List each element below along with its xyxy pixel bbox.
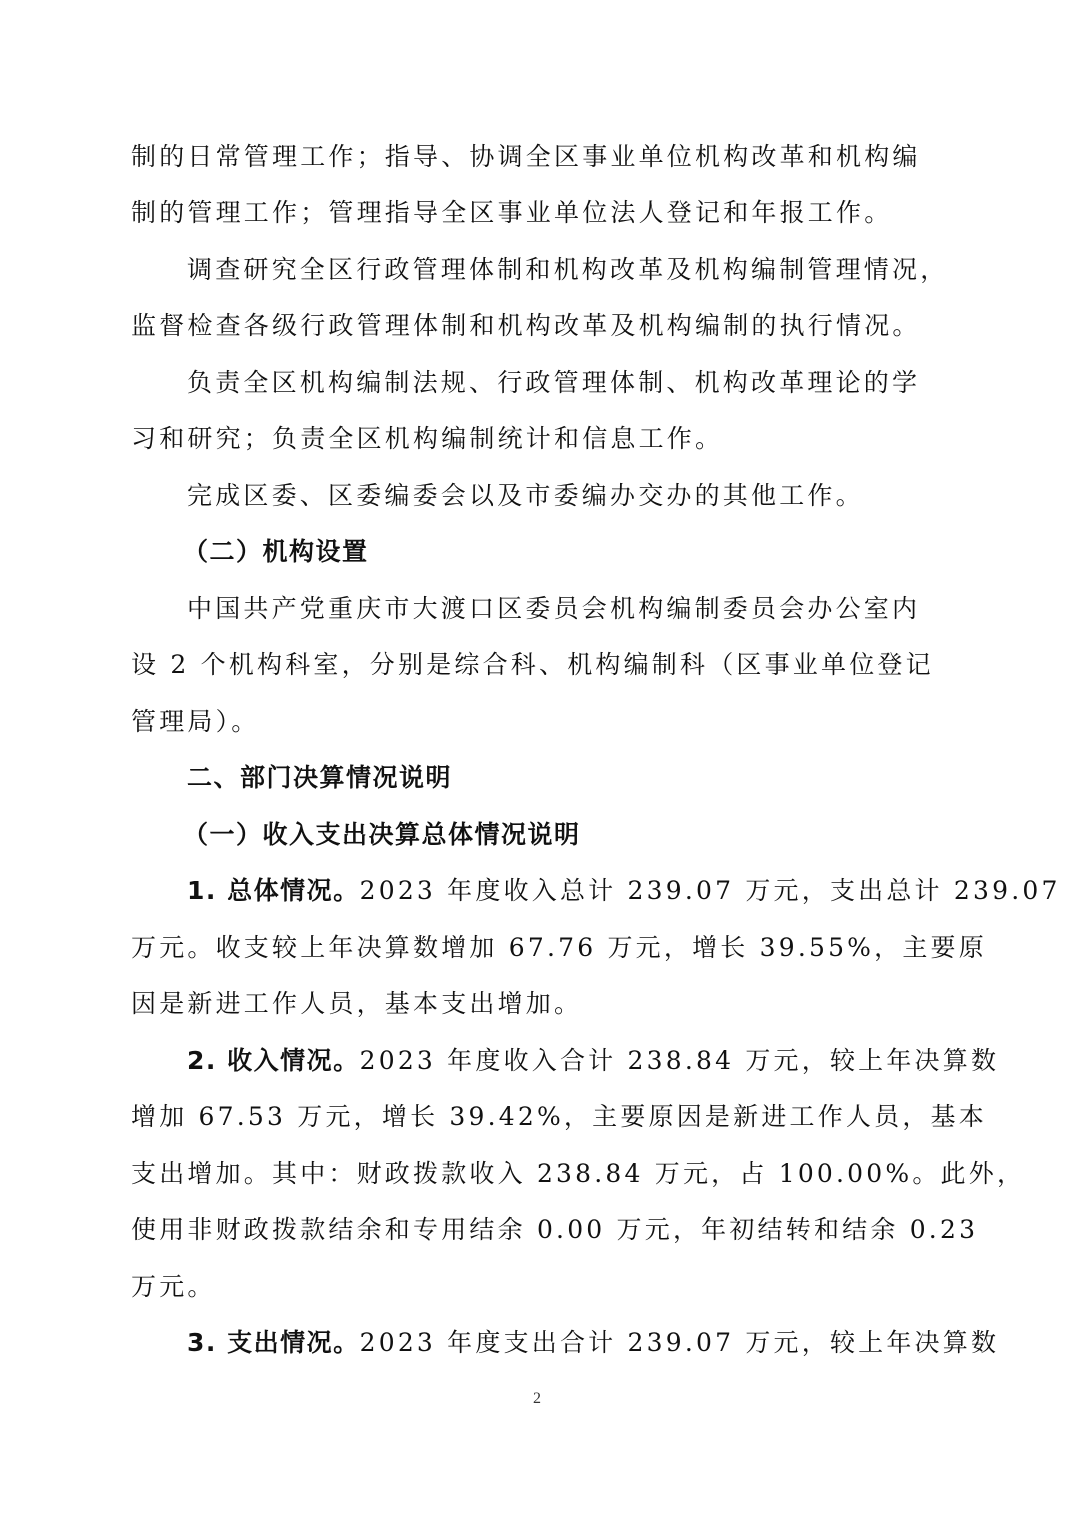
paragraph-line: 完成区委、区委编委会以及市委编办交办的其他工作。 [187, 480, 1002, 512]
paragraph-line: 万元。收支较上年决算数增加 67.76 万元，增长 39.55%，主要原 [131, 932, 946, 964]
paragraph-line: 支出增加。其中：财政拨款收入 238.84 万元，占 100.00%。此外， [131, 1158, 946, 1190]
paragraph-line: 制的管理工作；管理指导全区事业单位法人登记和年报工作。 [131, 197, 946, 229]
item-text: 2023 年度收入合计 238.84 万元，较上年决算数 [360, 1046, 1000, 1075]
item-lead: 2. 收入情况。 [187, 1046, 360, 1075]
document-page: 制的日常管理工作；指导、协调全区事业单位机构改革和机构编 制的管理工作；管理指导… [0, 0, 1074, 1520]
item-lead: 1. 总体情况。 [187, 876, 360, 905]
paragraph-line: 制的日常管理工作；指导、协调全区事业单位机构改革和机构编 [131, 141, 946, 173]
paragraph-line: 万元。 [131, 1271, 946, 1303]
section-heading: （一）收入支出决算总体情况说明 [183, 819, 998, 851]
item-lead: 3. 支出情况。 [187, 1328, 360, 1357]
paragraph-line: 调查研究全区行政管理体制和机构改革及机构编制管理情况， [187, 254, 1002, 286]
paragraph-line: 设 2 个机构科室，分别是综合科、机构编制科（区事业单位登记 [131, 649, 946, 681]
item-text: 2023 年度支出合计 239.07 万元，较上年决算数 [360, 1328, 1000, 1357]
paragraph-line: 监督检查各级行政管理体制和机构改革及机构编制的执行情况。 [131, 310, 946, 342]
paragraph-line: 因是新进工作人员，基本支出增加。 [131, 988, 946, 1020]
paragraph-line: 习和研究；负责全区机构编制统计和信息工作。 [131, 423, 946, 455]
page-number: 2 [0, 1390, 1074, 1408]
paragraph-line: 3. 支出情况。2023 年度支出合计 239.07 万元，较上年决算数 [187, 1327, 1002, 1359]
chapter-heading: 二、部门决算情况说明 [187, 762, 1002, 794]
item-text: 2023 年度收入总计 239.07 万元，支出总计 239.07 [360, 876, 1061, 905]
paragraph-line: 使用非财政拨款结余和专用结余 0.00 万元，年初结转和结余 0.23 [131, 1214, 946, 1246]
paragraph-line: 2. 收入情况。2023 年度收入合计 238.84 万元，较上年决算数 [187, 1045, 1002, 1077]
paragraph-line: 中国共产党重庆市大渡口区委员会机构编制委员会办公室内 [187, 593, 1002, 625]
paragraph-line: 1. 总体情况。2023 年度收入总计 239.07 万元，支出总计 239.0… [187, 875, 1002, 907]
paragraph-line: 增加 67.53 万元，增长 39.42%，主要原因是新进工作人员，基本 [131, 1101, 946, 1133]
paragraph-line: 负责全区机构编制法规、行政管理体制、机构改革理论的学 [187, 367, 1002, 399]
paragraph-line: 管理局）。 [131, 706, 946, 738]
section-heading: （二）机构设置 [183, 536, 998, 568]
